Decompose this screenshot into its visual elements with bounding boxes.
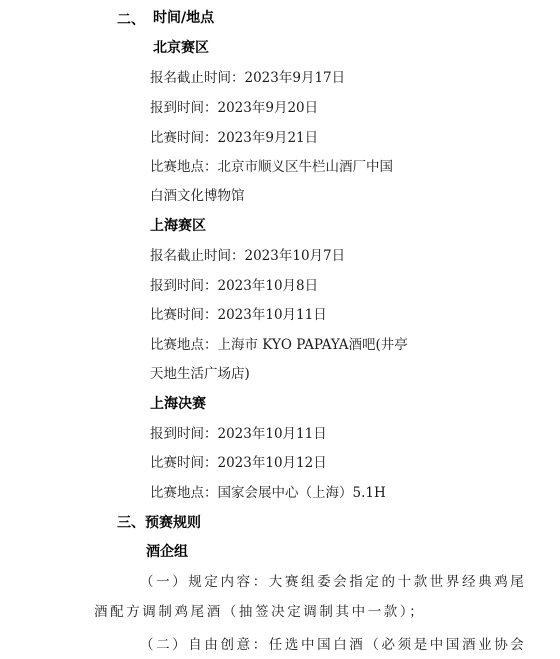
shanghai-venue-line2: 天地生活广场店) bbox=[150, 365, 250, 383]
rule1-line2: 酒配方调制鸡尾酒（抽签决定调制其中一款）； bbox=[94, 603, 425, 621]
shanghai-checkin-time: 报到时间：2023年10月8日 bbox=[150, 277, 318, 295]
section-number: 二、 bbox=[117, 9, 145, 29]
section-title-time-location: 时间/地点 bbox=[153, 9, 214, 27]
beijing-registration-deadline: 报名截止时间：2023年9月17日 bbox=[150, 69, 345, 87]
beijing-venue-line1: 比赛地点：北京市顺义区牛栏山酒厂中国 bbox=[150, 158, 393, 176]
beijing-venue-line2: 白酒文化博物馆 bbox=[150, 187, 245, 205]
beijing-checkin-time: 报到时间：2023年9月20日 bbox=[150, 99, 318, 117]
shanghai-competition-time: 比赛时间：2023年10月11日 bbox=[150, 306, 327, 324]
subheading-beijing: 北京赛区 bbox=[153, 39, 209, 57]
final-venue: 比赛地点：国家会展中心（上海）5.1H bbox=[150, 484, 386, 502]
rule2-line1: （二）自由创意：任选中国白酒（必须是中国酒业协会 bbox=[140, 636, 526, 654]
subheading-liquor-enterprise-group: 酒企组 bbox=[146, 543, 188, 561]
section-title-preliminary-rules: 三、预赛规则 bbox=[117, 514, 201, 532]
shanghai-registration-deadline: 报名截止时间：2023年10月7日 bbox=[150, 247, 345, 265]
final-competition-time: 比赛时间：2023年10月12日 bbox=[150, 454, 327, 472]
subheading-shanghai: 上海赛区 bbox=[150, 217, 206, 235]
subheading-shanghai-final: 上海决赛 bbox=[150, 395, 206, 413]
shanghai-venue-line1: 比赛地点：上海市 KYO PAPAYA酒吧(井亭 bbox=[150, 336, 408, 354]
rule1-line1: （一）规定内容：大赛组委会指定的十款世界经典鸡尾 bbox=[140, 573, 526, 591]
beijing-competition-time: 比赛时间：2023年9月21日 bbox=[150, 129, 318, 147]
final-checkin-time: 报到时间：2023年10月11日 bbox=[150, 425, 327, 443]
